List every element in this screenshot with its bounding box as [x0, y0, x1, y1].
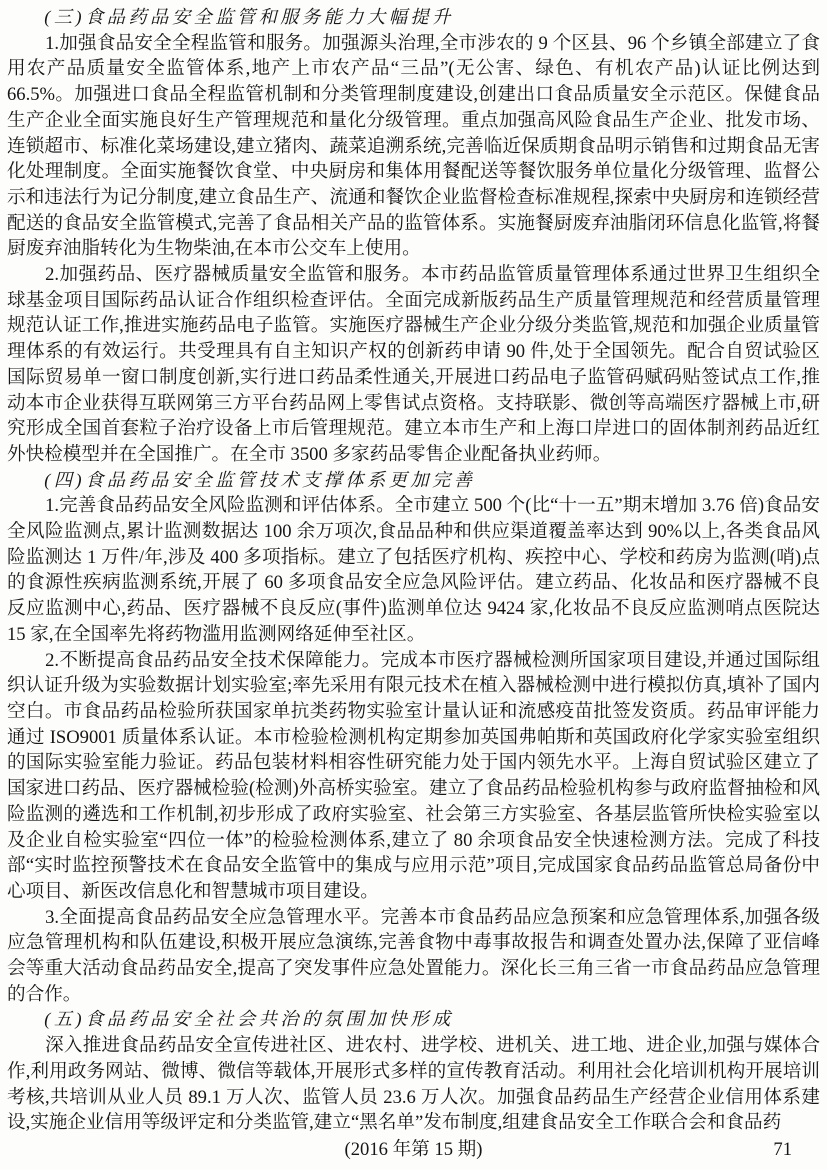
document-page: (三)食品药品安全监管和服务能力大幅提升 1.加强食品安全全程监管和服务。加强源…: [0, 0, 827, 1170]
section-heading-4-technical-support-system: (四)食品药品安全监管技术支撑体系更加完善: [7, 468, 820, 494]
paragraph-technical-support-capability: 2.不断提高食品药品安全技术保障能力。完成本市医疗器械检测所国家项目建设,并通过…: [7, 648, 820, 905]
journal-issue-label: (2016 年第 15 期): [345, 1139, 483, 1160]
section-heading-3-supervision-service-capability: (三)食品药品安全监管和服务能力大幅提升: [7, 5, 820, 31]
page-number: 71: [773, 1137, 792, 1163]
paragraph-publicity-credit-system: 深入推进食品药品安全宣传进社区、进农村、进学校、进机关、进工地、进企业,加强与媒…: [7, 1033, 820, 1136]
paragraph-emergency-management-level: 3.全面提高食品药品安全应急管理水平。完善本市食品药品应急预案和应急管理体系,加…: [7, 905, 820, 1008]
paragraph-risk-monitoring-evaluation-system: 1.完善食品药品安全风险监测和评估体系。全市建立 500 个(比“十一五”期末增…: [7, 493, 820, 647]
page-footer: (2016 年第 15 期) 71: [7, 1137, 820, 1163]
section-heading-5-social-co-governance: (五)食品药品安全社会共治的氛围加快形成: [7, 1007, 820, 1033]
paragraph-food-safety-whole-process-supervision: 1.加强食品安全全程监管和服务。加强源头治理,全市涉农的 9 个区县、96 个乡…: [7, 31, 820, 262]
paragraph-drug-medical-device-supervision: 2.加强药品、医疗器械质量安全监管和服务。本市药品监管质量管理体系通过世界卫生组…: [7, 262, 820, 468]
